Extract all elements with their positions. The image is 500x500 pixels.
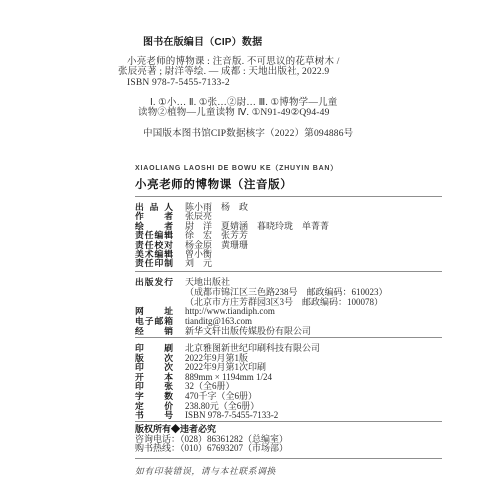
publishing-row: 出版发行 天地出版社 （成都市锦江区三色路238号 邮政编码：610023） （… <box>135 278 388 307</box>
book-title: 小亮老师的博物课（注音版） <box>135 176 338 192</box>
cip-block: 图书在版编目（CIP）数据 小亮老师的博物课 : 注音版. 不可思议的花草树木 … <box>118 38 438 139</box>
distributor-name: 新华文轩出版传媒股份有限公司 <box>185 327 311 337</box>
printing-block: 印刷 北京雅图新世纪印刷科技有限公司 版次 2022年9月第1版 印次 2022… <box>135 344 320 421</box>
credits-block: 出品人 陈小雨 杨 政 作者 张辰亮 绘者 尉 洋 夏婧涵 暮晓玲珑 单菁菁 责… <box>135 203 329 269</box>
printing-label: 书号 <box>135 411 173 421</box>
printing-value: ISBN 978-7-5455-7133-2 <box>185 411 278 421</box>
credit-value: 刘 元 <box>185 259 212 268</box>
divider-under-title <box>135 196 442 197</box>
cip-isbn-line: ISBN 978-7-5455-7133-2 <box>118 78 438 88</box>
publisher-info: 天地出版社 （成都市锦江区三色路238号 邮政编码：610023） （北京市方庄… <box>185 278 388 307</box>
legal-block: 版权所有◆违者必究 咨询电话：（028）86361282（总编室） 购书热线：（… <box>135 425 288 454</box>
divider-under-publishing <box>135 337 442 338</box>
printing-row: 书号 ISBN 978-7-5455-7133-2 <box>135 411 320 421</box>
publishing-label: 经销 <box>135 327 173 337</box>
cip-description-line2: 张辰亮著 ; 尉洋等绘. — 成都 : 天地出版社, 2022.9 <box>118 67 438 77</box>
title-block: XIAOLIANG LAOSHI DE BOWU KE（ZHUYIN BAN） … <box>135 163 338 192</box>
divider-under-credits <box>135 271 442 272</box>
order-hotline: 购书热线：（010）67693207（市场部） <box>135 444 288 454</box>
divider-under-printing <box>135 421 442 422</box>
publishing-label: 出版发行 <box>135 278 173 307</box>
cip-classification-line2: 读物②植物—儿童读物 Ⅳ. ①N91-49②Q94-49 <box>118 108 438 118</box>
publishing-row: 经销 新华文轩出版传媒股份有限公司 <box>135 327 388 337</box>
publishing-block: 出版发行 天地出版社 （成都市锦江区三色路238号 邮政编码：610023） （… <box>135 278 388 337</box>
cip-classification-line1: Ⅰ. ①小… Ⅱ. ①张…②尉… Ⅲ. ①博物学—儿童 <box>118 98 438 108</box>
credit-row: 责任印制 刘 元 <box>135 259 329 268</box>
title-pinyin: XIAOLIANG LAOSHI DE BOWU KE（ZHUYIN BAN） <box>135 163 338 173</box>
credit-label: 责任印制 <box>135 259 173 268</box>
misprint-exchange-note: 如有印装错误，请与本社联系调换 <box>135 464 276 477</box>
cip-description-line1: 小亮老师的博物课 : 注音版. 不可思议的花草树木 / <box>118 57 438 67</box>
divider-under-legal <box>135 458 442 459</box>
cip-record-number: 中国版本图书馆CIP数据核字（2022）第094886号 <box>118 129 438 139</box>
colophon-page: 图书在版编目（CIP）数据 小亮老师的博物课 : 注音版. 不可思议的花草树木 … <box>0 0 500 500</box>
cip-header: 图书在版编目（CIP）数据 <box>143 38 438 48</box>
